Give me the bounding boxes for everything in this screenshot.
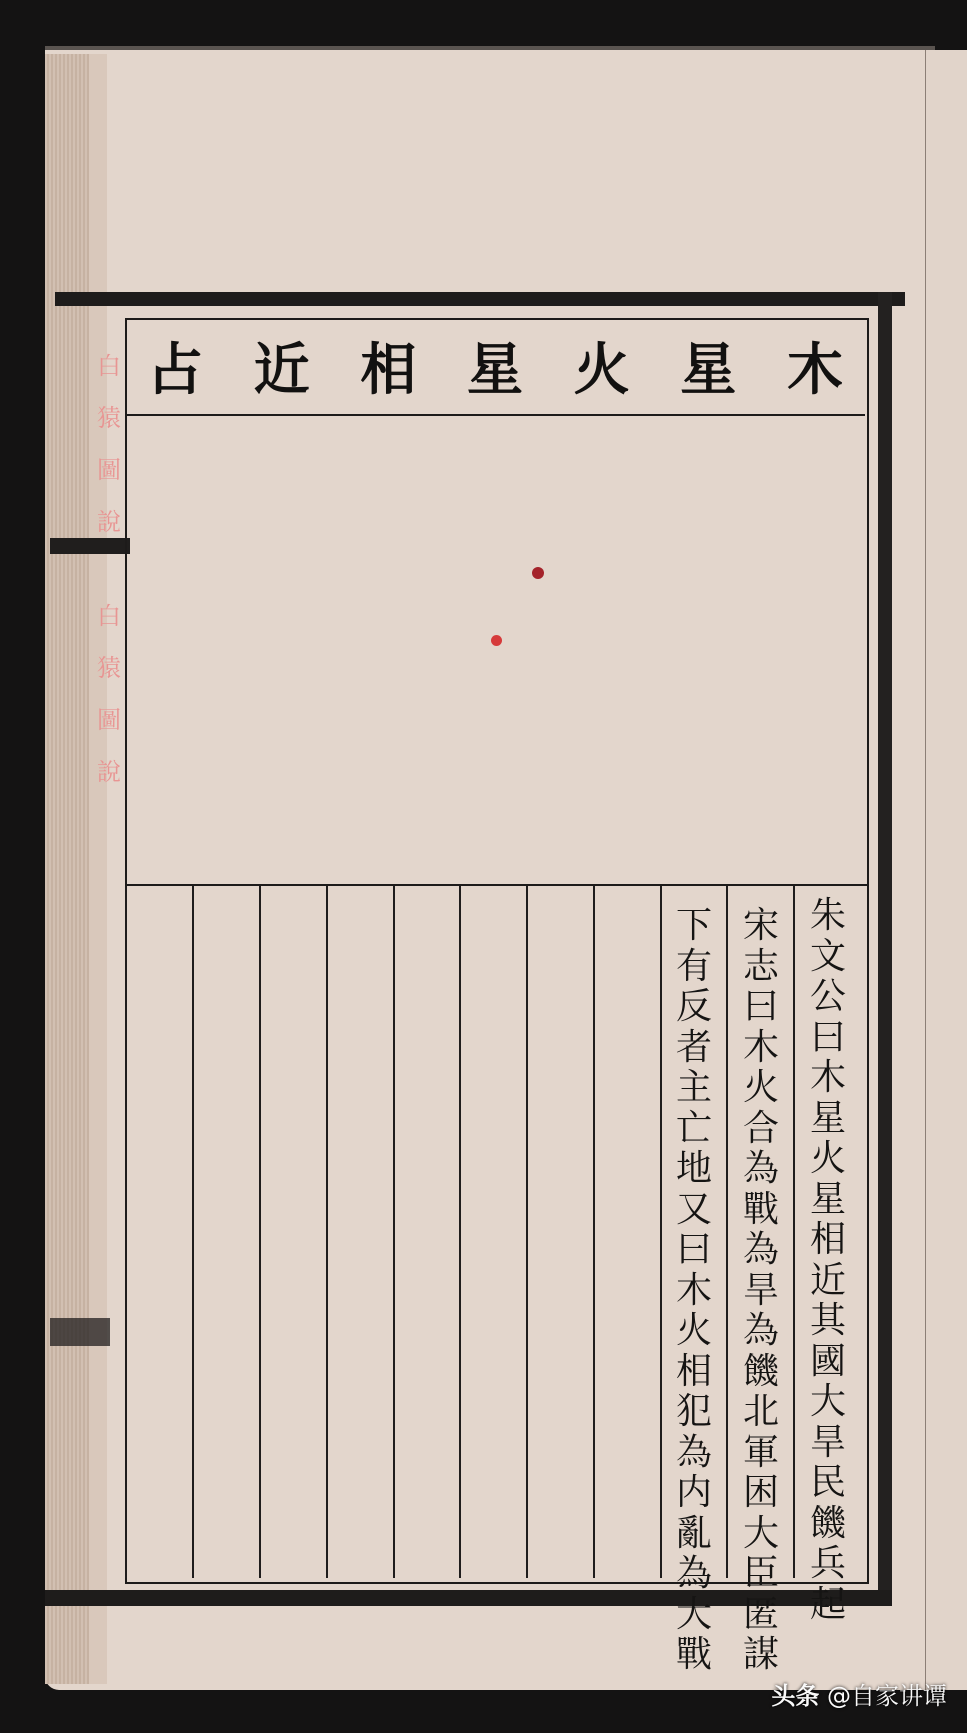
column-char: 為: [676, 1554, 712, 1595]
column-char: 軍: [743, 1433, 779, 1474]
column-char: 星: [810, 1180, 846, 1221]
title-char: 火: [574, 326, 630, 406]
column-char: 火: [743, 1068, 779, 1109]
column-char: 臣: [743, 1554, 779, 1595]
column-char: 旱: [743, 1271, 779, 1312]
column-char: 起: [810, 1585, 846, 1626]
jupiter-dot: [532, 567, 544, 579]
grid-line: [326, 886, 328, 1578]
side-seal-lower: 白 猿 圖 說: [92, 590, 126, 798]
column-char: 公: [810, 977, 846, 1018]
title-char: 星: [467, 326, 523, 406]
side-seal-upper: 白 猿 圖 說: [92, 340, 126, 548]
grid-line: [459, 886, 461, 1578]
frame-border-top: [55, 292, 905, 306]
facing-page: [925, 50, 967, 1690]
column-char: 反: [676, 987, 712, 1028]
column-char: 謀: [743, 1635, 779, 1676]
column-char: 為: [743, 1311, 779, 1352]
column-char: 為: [743, 1230, 779, 1271]
grid-line: [192, 886, 194, 1578]
title-box: 木 星 火 星 相 近 占: [125, 318, 865, 416]
text-grid: 朱文公曰木星火星相近其國大旱民饑兵起 宋志曰木火合為戰為旱為饑北軍困大臣匿謀 下…: [125, 884, 867, 1578]
column-char: 主: [676, 1068, 712, 1109]
seal-char: 圖: [97, 694, 121, 746]
column-char: 志: [743, 947, 779, 988]
column-char: 亂: [676, 1514, 712, 1555]
column-char: 火: [676, 1311, 712, 1352]
text-column-3: 下有反者主亡地又曰木火相犯為内亂為大戰: [664, 906, 724, 1676]
seal-char: 白: [97, 590, 121, 642]
grid-line: [393, 886, 395, 1578]
grid-line: [793, 886, 795, 1578]
column-char: 饑: [743, 1352, 779, 1393]
frame-border-right: [878, 292, 892, 1602]
column-char: 宋: [743, 906, 779, 947]
column-char: 民: [810, 1463, 846, 1504]
column-char: 文: [810, 937, 846, 978]
column-char: 犯: [676, 1392, 712, 1433]
column-char: 木: [743, 1028, 779, 1069]
watermark-brand: 头条: [771, 1682, 819, 1710]
grid-line: [526, 886, 528, 1578]
column-char: 近: [810, 1261, 846, 1302]
column-char: 困: [743, 1473, 779, 1514]
fore-edge-ink-mark: [50, 538, 130, 554]
column-char: 内: [676, 1473, 712, 1514]
column-char: 地: [676, 1149, 712, 1190]
column-char: 北: [743, 1392, 779, 1433]
column-char: 大: [810, 1382, 846, 1423]
column-char: 為: [676, 1433, 712, 1474]
column-char: 旱: [810, 1423, 846, 1464]
column-char: 有: [676, 947, 712, 988]
title-char: 近: [254, 326, 310, 406]
column-char: 木: [676, 1271, 712, 1312]
column-char: 又: [676, 1190, 712, 1231]
text-column-2: 宋志曰木火合為戰為旱為饑北軍困大臣匿謀: [731, 906, 791, 1676]
column-char: 大: [743, 1514, 779, 1555]
title-char: 相: [360, 326, 416, 406]
grid-line: [259, 886, 261, 1578]
grid-line: [660, 886, 662, 1578]
title-char: 占: [147, 326, 203, 406]
column-char: 曰: [743, 987, 779, 1028]
page-title: 木 星 火 星 相 近 占: [125, 318, 865, 414]
column-char: 者: [676, 1028, 712, 1069]
seal-char: 白: [97, 340, 121, 392]
column-char: 合: [743, 1109, 779, 1150]
title-char: 星: [680, 326, 736, 406]
column-char: 國: [810, 1342, 846, 1383]
column-char: 大: [676, 1595, 712, 1636]
column-char: 曰: [810, 1018, 846, 1059]
column-char: 相: [810, 1220, 846, 1261]
column-char: 相: [676, 1352, 712, 1393]
seal-char: 猿: [97, 642, 121, 694]
column-char: 亡: [676, 1109, 712, 1150]
column-char: 星: [810, 1099, 846, 1140]
column-char: 火: [810, 1139, 846, 1180]
seal-char: 猿: [97, 392, 121, 444]
watermark-handle: @自家讲谭: [827, 1682, 947, 1710]
column-char: 曰: [676, 1230, 712, 1271]
grid-line: [125, 886, 127, 1578]
mars-dot: [491, 635, 502, 646]
column-char: 饑: [810, 1504, 846, 1545]
column-char: 戰: [743, 1190, 779, 1231]
column-char: 朱: [810, 896, 846, 937]
watermark: 头条 @自家讲谭: [771, 1676, 947, 1711]
column-char: 木: [810, 1058, 846, 1099]
column-char: 下: [676, 906, 712, 947]
fore-edge-ink-mark: [50, 1318, 110, 1346]
text-column-1: 朱文公曰木星火星相近其國大旱民饑兵起: [798, 896, 858, 1625]
column-char: 其: [810, 1301, 846, 1342]
grid-line: [726, 886, 728, 1578]
title-char: 木: [787, 326, 843, 406]
seal-char: 圖: [97, 444, 121, 496]
column-char: 戰: [676, 1635, 712, 1676]
column-char: 兵: [810, 1544, 846, 1585]
column-char: 為: [743, 1149, 779, 1190]
column-char: 匿: [743, 1595, 779, 1636]
grid-line: [593, 886, 595, 1578]
seal-char: 說: [97, 746, 121, 798]
